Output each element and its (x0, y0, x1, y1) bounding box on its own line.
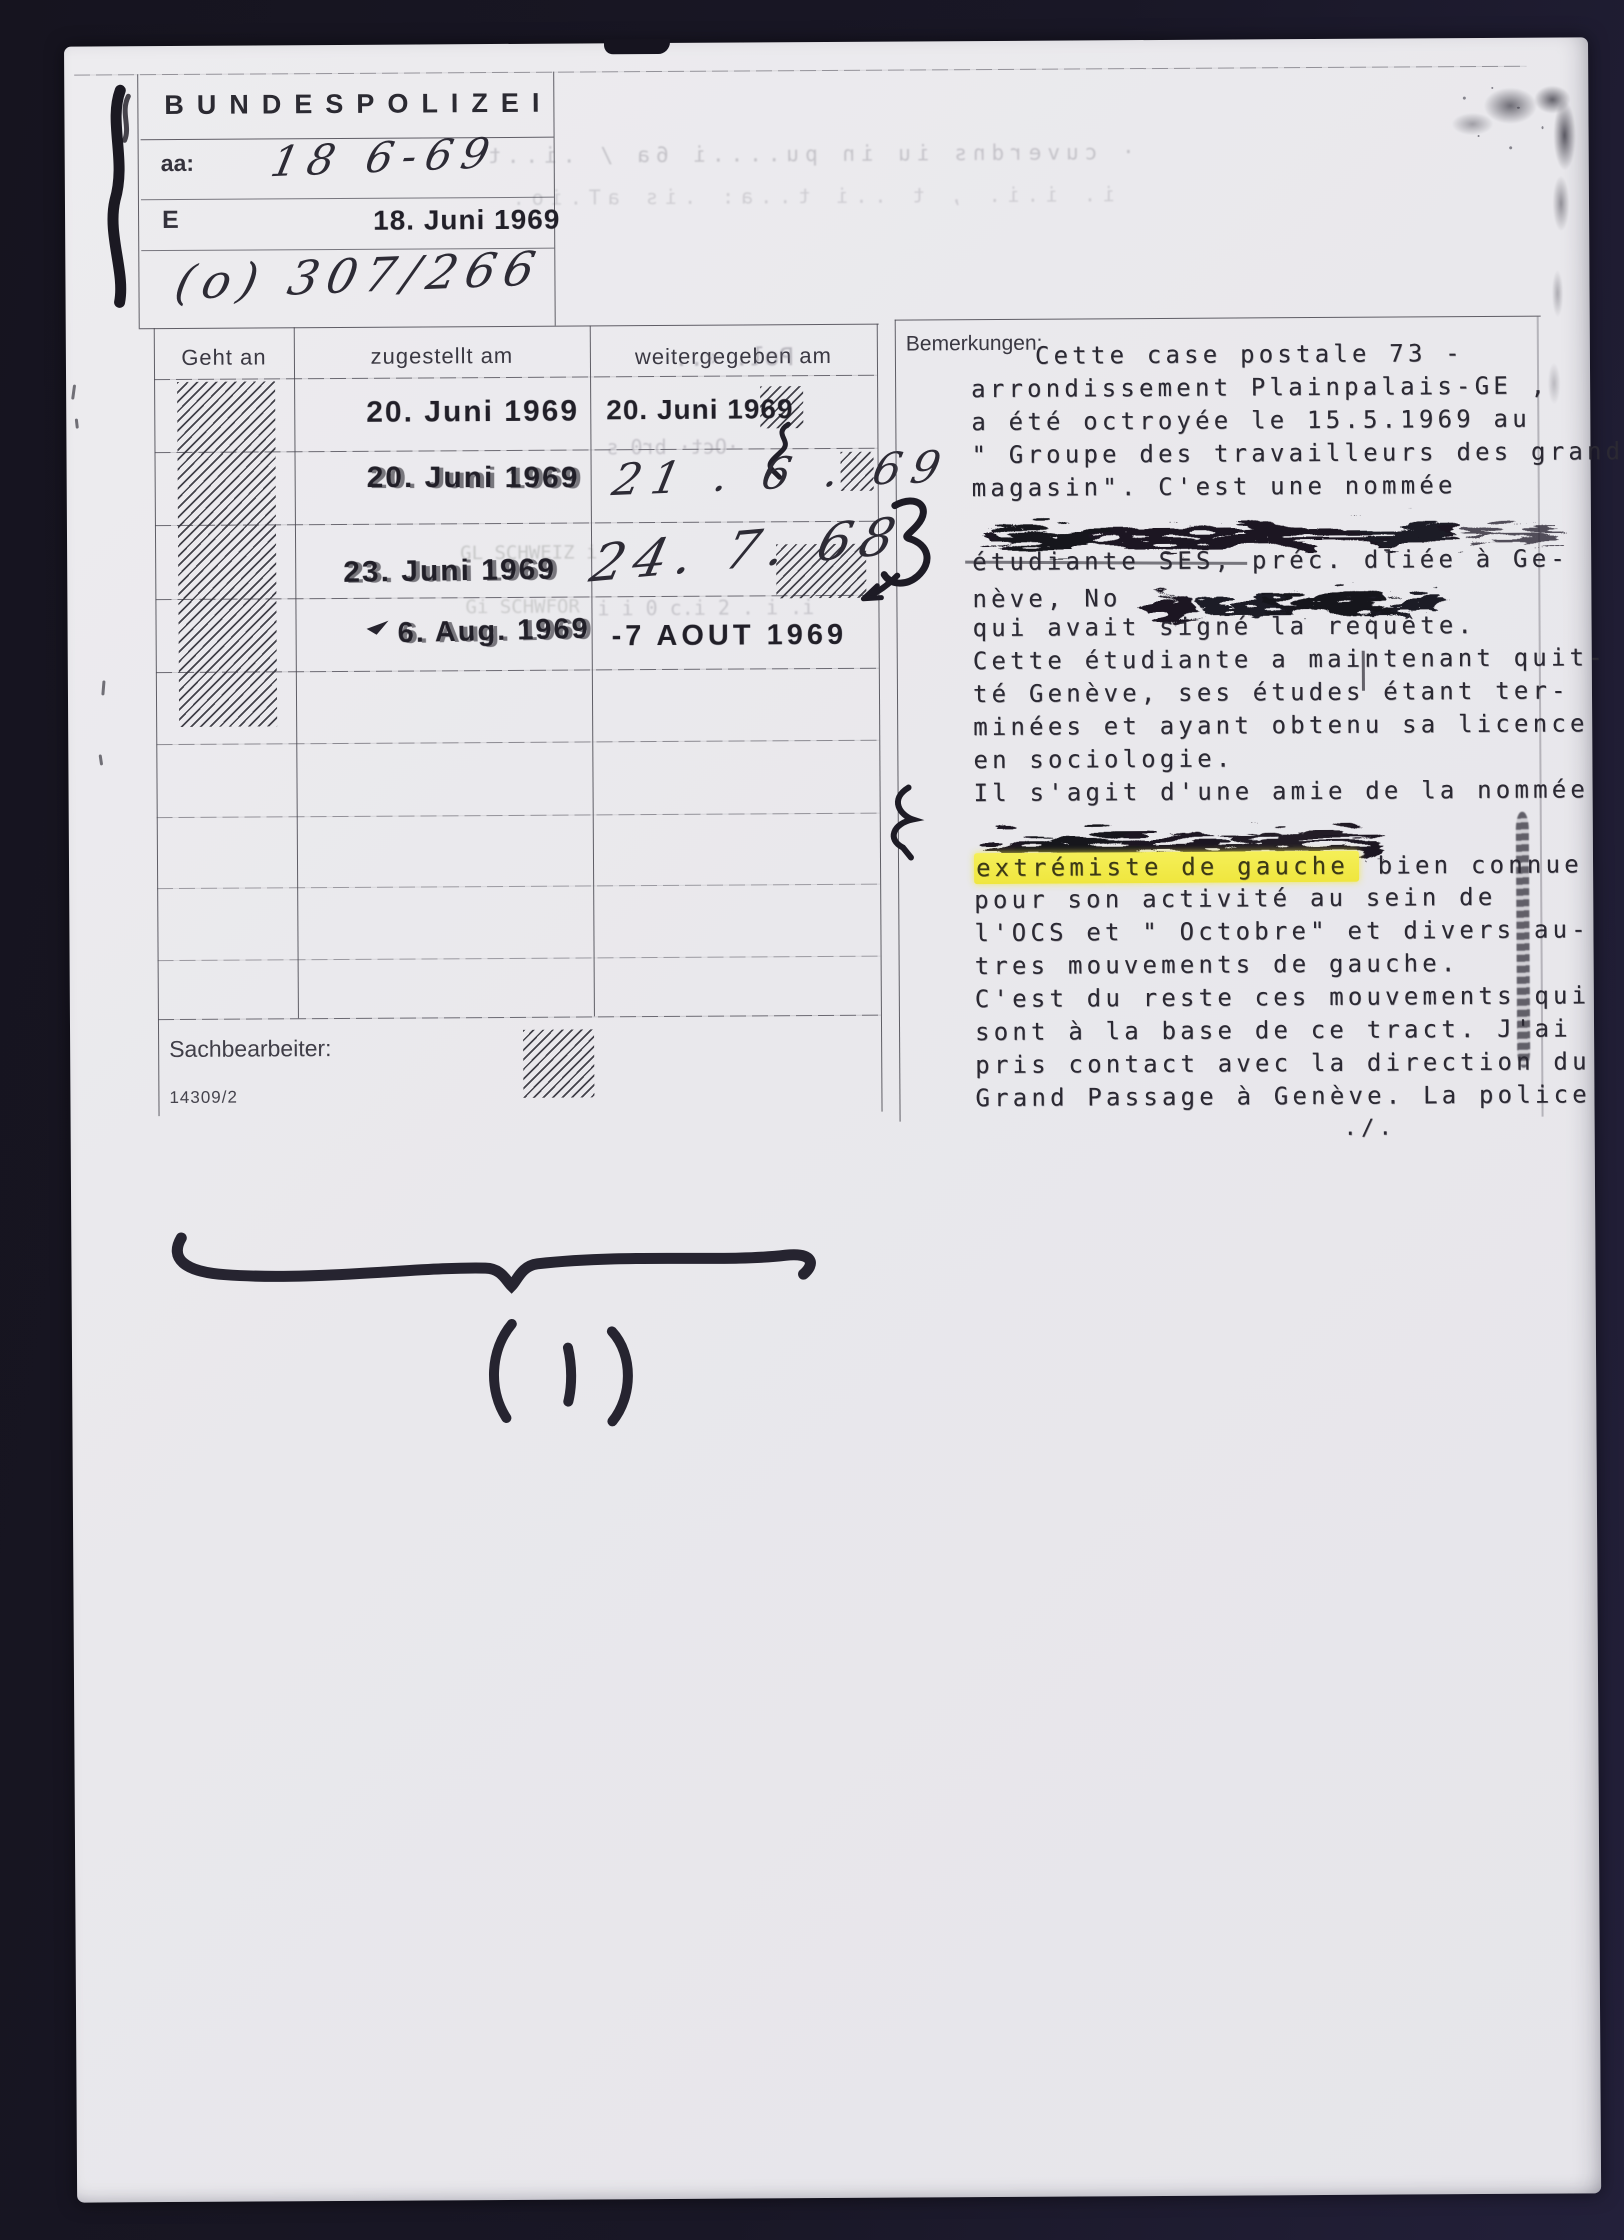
left-margin-pen-stroke (80, 82, 141, 312)
reference-number-handwritten: (o) 307/266 (170, 241, 547, 311)
remarks-line-text: bien connue (1359, 850, 1583, 879)
ink-redaction-smear (972, 502, 1572, 546)
ghost-text-line: i. i.i. , t ..i t..a: .is aT.io. (495, 182, 1115, 210)
remarks-text: Cette case postale 73 - arrondissement P… (971, 336, 1596, 1144)
table-row-rule (158, 1015, 881, 1021)
margin-tick (71, 384, 76, 399)
ink-redaction-smear-inline (1121, 577, 1451, 613)
remarks-line: a été octroyée le 15.5.1969 au (971, 402, 1591, 439)
pen-flag-mark (365, 619, 395, 639)
remarks-line: pour son activité au sein de (974, 881, 1594, 918)
remarks-line: Cette case postale 73 - (971, 336, 1591, 373)
remarks-left-border (895, 320, 901, 1122)
ghost-text-line: · cuverdns iu in pu....i 6a / .i..t (395, 140, 1135, 169)
table-right-border (877, 324, 883, 1112)
ghost-dashes: i i 0 c.i 2 . i .i (597, 595, 814, 620)
date-stamp: 20. Juni 1969 (367, 461, 580, 495)
column-header-geht-an: Geht an (154, 344, 294, 371)
paper-top-notch (604, 39, 670, 54)
remarks-line: l'OCS et " Octobre" et divers au- (974, 914, 1594, 951)
table-row-rule (158, 956, 881, 962)
remarks-line: Cette étudiante a maintenant quit- (973, 641, 1593, 678)
remarks-line: té Genève, ses études étant ter- (973, 674, 1593, 711)
remarks-line: pris contact avec la direction du (975, 1045, 1595, 1082)
margin-number-3-annotation (855, 493, 946, 609)
highlighted-text: extrémiste de gauche (974, 850, 1359, 883)
redaction-hatch-block (177, 381, 277, 727)
date-stamp: 6. Aug. 1969 (397, 613, 590, 651)
remarks-line-highlighted: extrémiste de gauche bien connue (974, 848, 1594, 885)
agency-title: BUNDESPOLIZEI (164, 88, 546, 121)
remarks-line: arrondissement Plainpalais-GE , (971, 369, 1591, 406)
margin-tick (101, 680, 105, 695)
form-number: 14309/2 (169, 1088, 238, 1108)
remarks-line: en sociologie. (973, 740, 1593, 777)
remarks-line: nève, No (972, 576, 1592, 613)
end-mark: ./. (976, 1111, 1596, 1145)
remarks-line: qui avait signé la requête. (972, 609, 1592, 646)
redaction-hatch-sachbearbeiter (523, 1029, 594, 1097)
remarks-line-text: nève, No (972, 585, 1121, 614)
sachbearbeiter-label: Sachbearbeiter: (169, 1035, 332, 1063)
ink-redaction-smear (974, 808, 1414, 851)
table-header-rule (154, 375, 877, 381)
margin-check-annotation (875, 783, 921, 863)
date-stamp: -7 AOUT 1969 (612, 619, 848, 653)
margin-tick (99, 754, 104, 765)
top-rule (74, 66, 1526, 76)
margin-tick (75, 418, 79, 428)
entry-date-stamp: 18. Juni 1969 (373, 204, 561, 237)
header-rule (141, 197, 554, 201)
aa-handwritten-date: 18 6-69 (267, 128, 503, 186)
remarks-line: minées et ayant obtenu sa licence (973, 707, 1593, 744)
column-header-zugestellt: zugestellt am (294, 342, 590, 370)
aa-label: aa: (161, 150, 194, 177)
paper-sheet: · cuverdns iu in pu....i 6a / .i..t i. i… (64, 37, 1601, 2202)
table-top-border (139, 324, 879, 330)
stray-ink-bar (1362, 651, 1365, 691)
remarks-line: sont à la base de ce tract. J'ai (975, 1012, 1595, 1049)
date-stamp: 20. Juni 1969 (366, 395, 579, 430)
remarks-line: C'est du reste ces mouvements qui (975, 979, 1595, 1016)
table-row-rule (156, 740, 879, 746)
remarks-line: magasin". C'est une nommée (972, 468, 1592, 505)
table-col-divider (294, 327, 300, 1018)
date-stamp: 23. Juni 1969 (343, 553, 556, 590)
remarks-line: tres mouvements de gauche. (975, 947, 1595, 984)
remarks-line: Il s'agit d'une amie de la nommée (973, 773, 1593, 810)
toner-speckles (1452, 77, 1573, 168)
table-row-rule (157, 884, 880, 890)
scanned-document-page: · cuverdns iu in pu....i 6a / .i..t i. i… (0, 0, 1624, 2240)
table-col-divider (590, 325, 596, 1016)
page-marker-annotation (472, 1305, 663, 1436)
table-left-border (154, 328, 160, 1116)
remarks-line: " Groupe des travailleurs des grand (971, 435, 1591, 472)
ghost-stamp: Pol. «.. (674, 342, 795, 372)
remarks-line: Grand Passage à Genève. La police (975, 1078, 1595, 1115)
table-row-rule (157, 813, 880, 819)
e-label: E (162, 206, 179, 235)
